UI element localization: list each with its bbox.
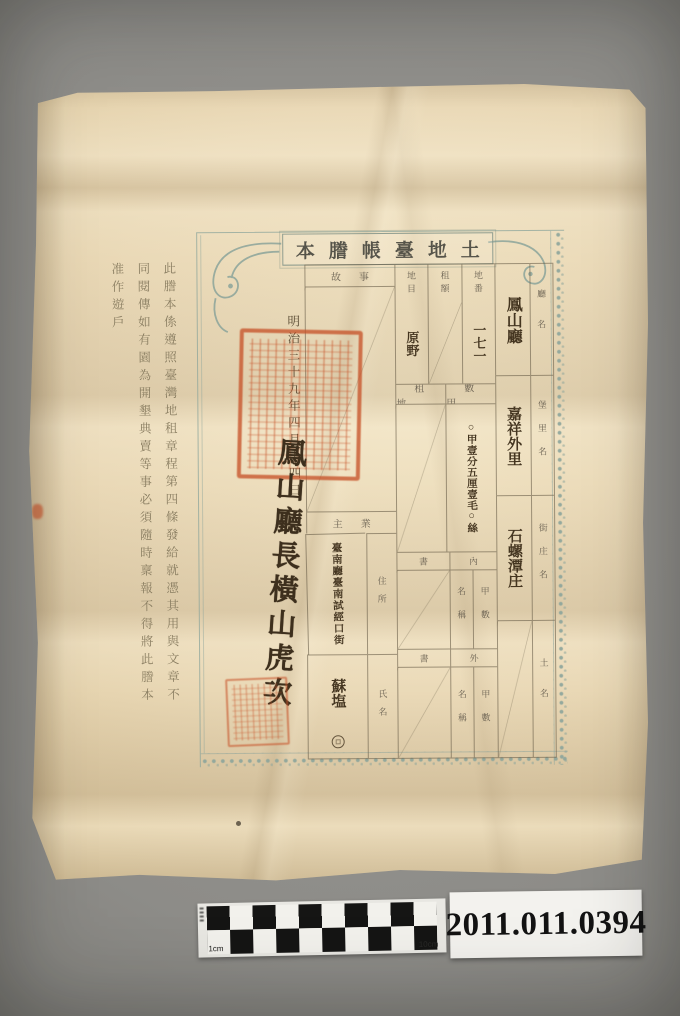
scale-label-10cm: 10cm [419,940,439,949]
owner-address-value: 臺南廳臺南試經口街 [305,533,368,655]
district-value: 嘉祥外里 [495,375,531,495]
owner-name-circle-mark [332,735,345,748]
printed-form: 本謄帳臺地土 故事 主業 臺南廳臺南試經口街 住所 蘇塩 氏名 地番 一七一 [196,230,568,768]
parcel-number-header: 地番 [462,264,494,302]
area-value: ○甲壹分五厘壹毛○絲 [445,403,496,551]
owner-header: 主業 [306,511,396,534]
document-paper: 此謄本係遵照臺灣地租章程第四條發給就憑其用與文章不 同閱傳如有園為開墾典賣等事必… [28,84,648,882]
land-class-header: 地目 [395,265,427,303]
ink-spot [236,821,241,826]
outer-note-header: 書 [397,649,450,667]
catalog-number: 2011.011.0394 [445,904,646,944]
outer-section-header: 外 [450,648,497,666]
inner-area-subheader: 甲數 [472,569,497,648]
notice-column-2: 同閱傳如有園為開墾典賣等事必須隨時稟報不得將此謄本 [130,262,160,767]
toponym-header: 土名 [532,620,556,757]
measurement-scale-bar: 1cm 10cm [197,898,446,957]
rent-amount-empty [429,302,463,383]
checker-row-bottom [207,926,437,955]
inner-note-header: 書 [396,552,449,570]
owner-name-value: 蘇塩 [308,655,368,731]
owner-address-label: 住所 [366,533,397,654]
inner-note-empty [396,570,450,649]
outer-name-subheader: 名稱 [450,666,474,757]
toponym-empty [497,620,533,757]
village-header: 街庄名 [531,495,555,620]
governor-signature: 鳳山廳長橫山虎次 [207,430,312,715]
area-header: 數甲 [445,383,495,403]
notice-text-block: 此謄本係遵照臺灣地租章程第四條發給就憑其用與文章不 同閱傳如有園為開墾典賣等事必… [100,262,186,768]
scale-label-1cm: 1cm [208,944,223,953]
governor-seal-stamp [225,677,290,748]
district-header: 堡里名 [530,375,554,495]
parcel-number-value: 一七一 [463,302,496,383]
land-tax-empty [395,404,446,552]
catalog-number-label: 2011.011.0394 [450,890,643,959]
prefecture-header: 廳名 [529,263,553,375]
outer-note-empty [397,667,451,758]
owner-name-label: 氏名 [367,654,398,758]
outer-area-subheader: 甲數 [473,666,498,757]
incident-header: 故事 [304,264,394,287]
document-title: 本謄帳臺地土 [282,235,494,263]
prefecture-value: 鳳山廳 [494,263,530,375]
land-class-value: 原野 [396,303,429,384]
inner-name-subheader: 名稱 [449,569,473,648]
scale-bar-checkers: 1cm 10cm [207,902,438,955]
rent-amount-header: 租額 [428,264,461,302]
photo-scene: 此謄本係遵照臺灣地租章程第四條發給就憑其用與文章不 同閱傳如有園為開墾典賣等事必… [0,0,680,1016]
inner-section-header: 內 [449,551,496,569]
land-tax-header: 租地 [395,384,445,404]
notice-column-1: 此謄本係遵照臺灣地租章程第四條發給就憑其用與文章不 [156,262,186,767]
title-cartouche: 本謄帳臺地土 [282,232,493,265]
village-value: 石螺潭庄 [496,495,532,620]
red-smudge [32,504,43,519]
